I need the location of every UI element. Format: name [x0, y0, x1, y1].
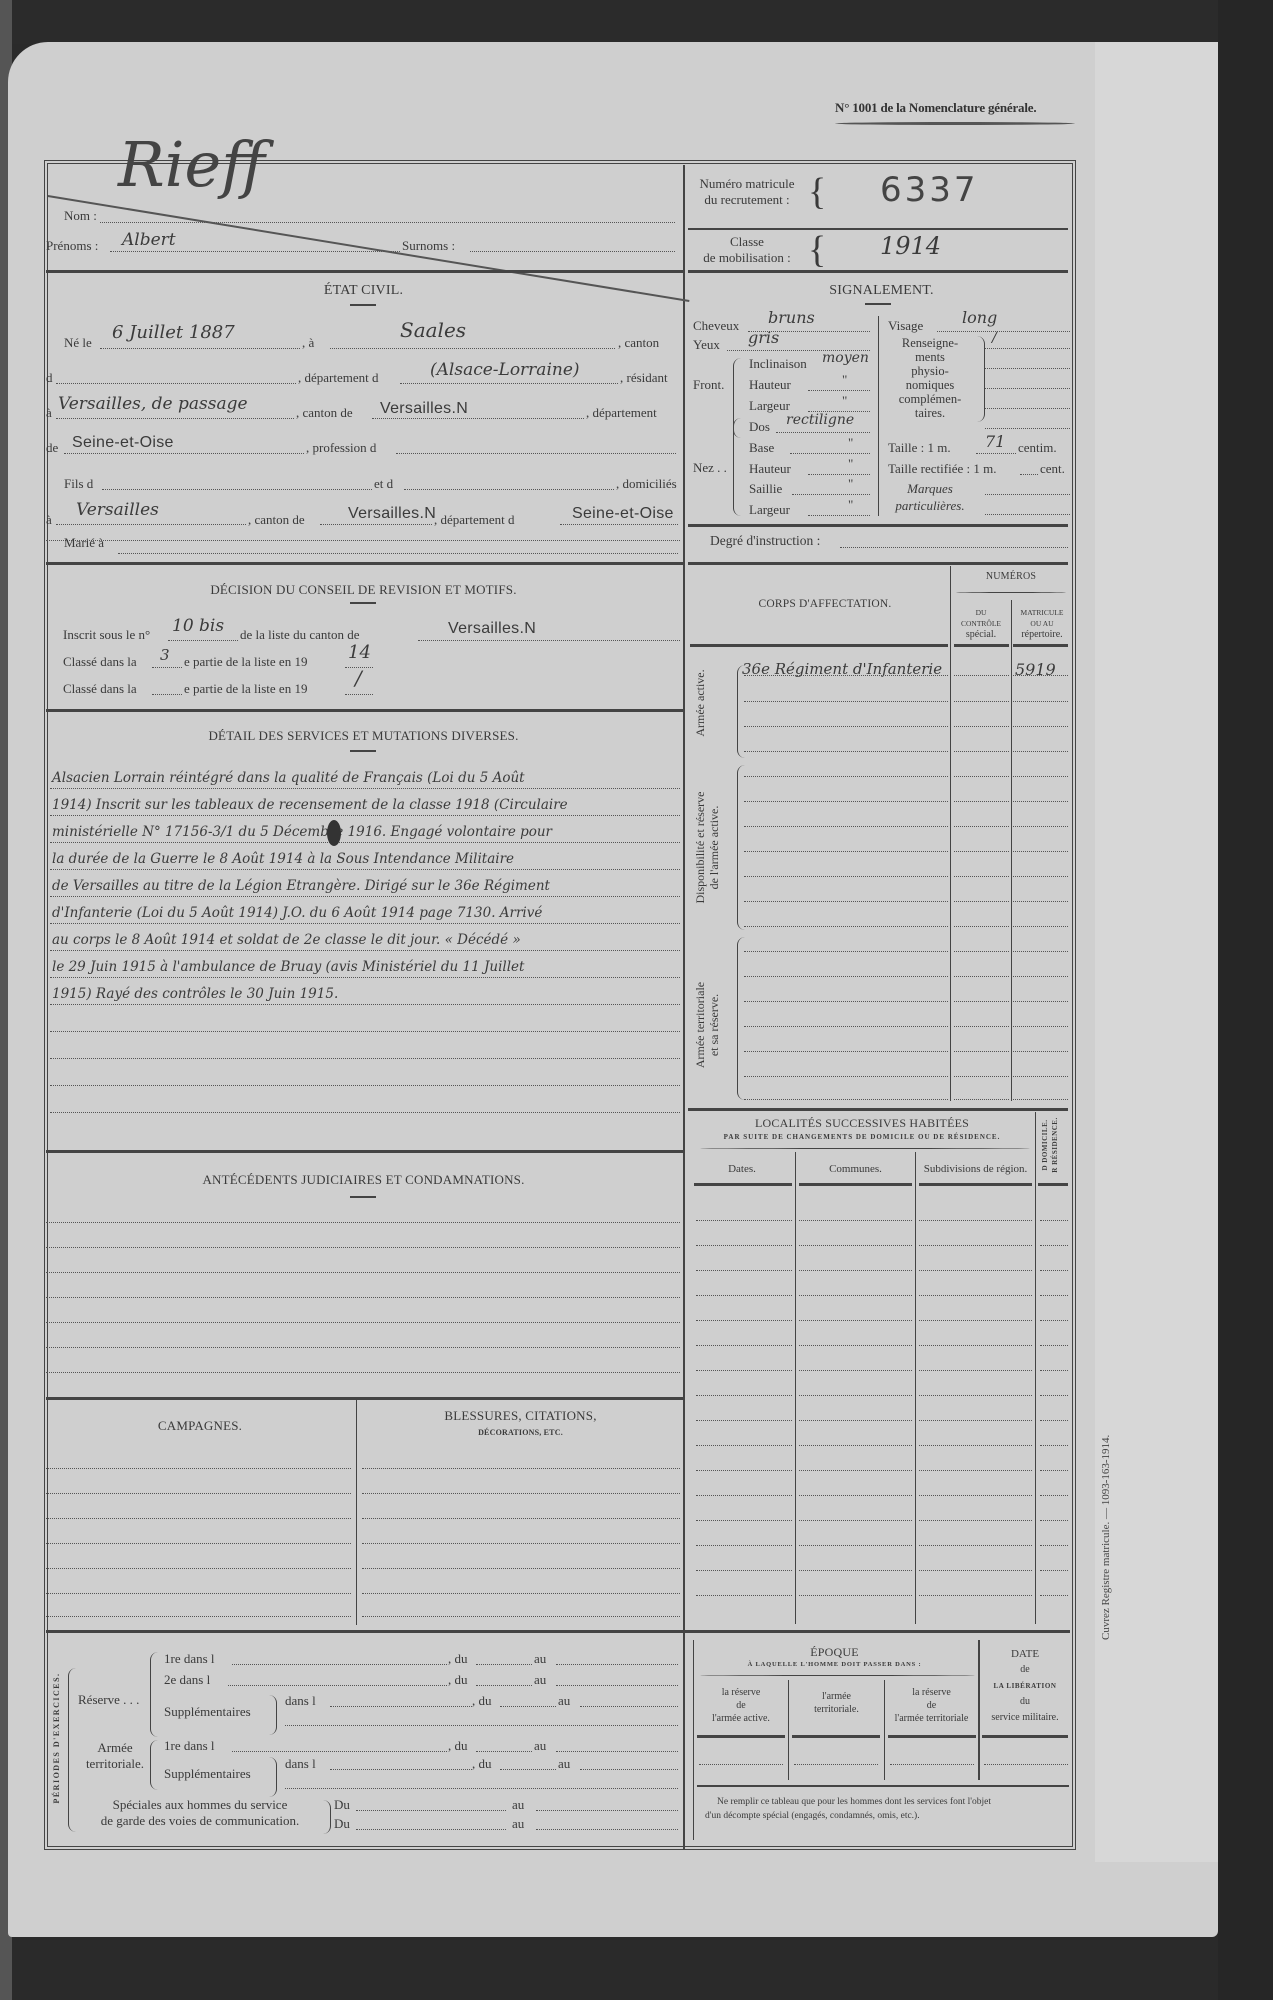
visage-label: Visage: [888, 318, 923, 334]
renseignements-line: ments: [884, 350, 976, 364]
renseignements-line-4[interactable]: [985, 408, 1070, 409]
marques-line-1[interactable]: [985, 494, 1070, 495]
front-hauteur-value: ": [842, 372, 847, 388]
reserve-2-du-line[interactable]: [476, 1685, 532, 1686]
decision-canton-line[interactable]: [418, 640, 680, 641]
label-line: Armée: [76, 1740, 154, 1756]
territoriale-supp-au-line[interactable]: [580, 1769, 678, 1770]
classe-label-line2: de mobilisation :: [692, 250, 802, 266]
dos-label: Dos: [749, 419, 770, 435]
armee-territoriale-label: Armée territoriale.: [76, 1740, 154, 1772]
header-line: service militaire.: [980, 1710, 1070, 1726]
group-label: de l'armée active.: [707, 765, 721, 930]
reserve-label: Réserve . . .: [78, 1692, 139, 1708]
classe1-label: Classé dans la: [63, 654, 137, 670]
speciales-1-du-line[interactable]: [356, 1810, 506, 1811]
date-naissance-value: 6 Juillet 1887: [112, 322, 235, 343]
etat-civil-title: ÉTAT CIVIL.: [44, 283, 683, 299]
au-label: au: [534, 1651, 546, 1667]
date-liberation-line[interactable]: [984, 1764, 1068, 1765]
services-line: [50, 1058, 680, 1059]
au-label: au: [512, 1816, 524, 1832]
canton-de-label: , canton de: [296, 405, 353, 421]
label-line: Spéciales aux hommes du service: [80, 1797, 320, 1813]
epoque-subtitle: À LAQUELLE L'HOMME DOIT PASSER DANS :: [693, 1661, 976, 1668]
taille-line[interactable]: [976, 453, 1016, 454]
dos-line[interactable]: [776, 432, 870, 433]
label-line: territoriale.: [76, 1756, 154, 1772]
nez-hauteur-line[interactable]: [808, 474, 870, 475]
inscrit-value: 10 bis: [172, 616, 224, 636]
marques-label: Marques particulières.: [884, 480, 976, 514]
epoque-col-reserve-active: la réserve de l'armée active.: [696, 1686, 786, 1725]
taille-unit: centim.: [1018, 440, 1057, 456]
territoriale-supp-du-line[interactable]: [500, 1769, 556, 1770]
decision-title: DÉCISION DU CONSEIL DE REVISION ET MOTIF…: [44, 582, 683, 598]
epoque-title: ÉPOQUE: [693, 1645, 976, 1660]
departement-naissance-value: (Alsace-Lorraine): [430, 360, 580, 380]
brace-icon: [150, 1740, 159, 1790]
dans-l-label: dans l: [285, 1756, 316, 1772]
matricule-value: 6337: [880, 170, 979, 210]
divider: [954, 644, 1009, 647]
prenoms-label: Prénoms :: [46, 238, 98, 254]
de-label: de: [46, 440, 58, 456]
header-line: la réserve: [696, 1686, 786, 1699]
header-line: spécial.: [952, 629, 1010, 640]
campagnes-title: CAMPAGNES.: [44, 1418, 356, 1434]
residence-value: Versailles, de passage: [58, 394, 248, 414]
section-divider: [46, 1397, 683, 1400]
section-divider: [688, 562, 1068, 565]
services-title: DÉTAIL DES SERVICES ET MUTATIONS DIVERSE…: [44, 728, 683, 744]
localites-subtitle: PAR SUITE DE CHANGEMENTS DE DOMICILE OU …: [692, 1133, 1032, 1141]
reserve-1-du-line[interactable]: [476, 1664, 532, 1665]
decision-canton-value: Versailles.N: [448, 620, 536, 638]
epoque-col-divider: [884, 1680, 885, 1780]
yeux-label: Yeux: [693, 337, 720, 353]
renseignements-line-1[interactable]: [985, 348, 1070, 349]
du-label: , du: [472, 1693, 492, 1709]
brace-icon: [268, 1695, 277, 1735]
canton-naissance-line[interactable]: [56, 383, 296, 384]
renseignements-line: Renseigne-: [884, 336, 976, 350]
ink-stain: [327, 820, 341, 846]
reserve-supp-extra-line[interactable]: [285, 1725, 678, 1726]
divider: [799, 1183, 912, 1186]
printer-reference: Registre matricule. — 1093-163-1914.: [1100, 1435, 1112, 1606]
header-line: CONTRÔLE: [952, 618, 1010, 629]
canton-parents-value: Versailles.N: [348, 505, 436, 523]
divider: [688, 228, 1068, 230]
deuxieme-label: 2e dans l: [164, 1672, 210, 1688]
group-label: et sa réserve.: [707, 965, 721, 1085]
header-line: MATRICULE: [1012, 607, 1072, 618]
header-line: DATE: [980, 1646, 1070, 1662]
epoque-reserve-territoriale-line[interactable]: [890, 1764, 974, 1765]
localites-title: LOCALITÉS SUCCESSIVES HABITÉES: [692, 1116, 1032, 1131]
matricule-label-line2: du recrutement :: [692, 192, 802, 208]
blessures-subtitle: DÉCORATIONS, ETC.: [358, 1428, 683, 1437]
matricule-label: Numéro matricule du recrutement :: [692, 176, 802, 208]
affectation-col-divider: [1011, 600, 1012, 1101]
fils-label: Fils d: [64, 476, 93, 492]
classe1-suffix: e partie de la liste en 19: [184, 654, 307, 670]
brace-icon: [733, 418, 742, 516]
header-line: du: [980, 1694, 1070, 1710]
title-dash: [350, 602, 376, 604]
column-header-dates: Dates.: [692, 1163, 792, 1175]
marques-line2: particulières.: [884, 497, 976, 514]
dos-value: rectiligne: [786, 412, 854, 428]
nom-handwritten: Rieff: [118, 128, 265, 201]
book-binding: [1218, 0, 1273, 2000]
affectation-col-divider: [950, 566, 951, 1101]
title-dash: [865, 303, 891, 305]
group-label: Armée active.: [693, 648, 707, 758]
campagnes-divider: [356, 1400, 357, 1625]
surnoms-label: Surnoms :: [402, 238, 455, 254]
inscrit-label: Inscrit sous le n°: [63, 627, 150, 643]
supplementaires-territoriale-label: Supplémentaires: [164, 1766, 251, 1782]
section-divider: [46, 562, 683, 565]
taille-rectifiee-line[interactable]: [1020, 474, 1038, 475]
territoriale-supp-extra-line[interactable]: [285, 1788, 678, 1789]
side-header-line: R RÉSIDENCE.: [1050, 1110, 1060, 1180]
divider: [694, 1183, 792, 1186]
domicile-residence-header: D DOMICILE. R RÉSIDENCE.: [1040, 1110, 1060, 1180]
speciales-2-au-line[interactable]: [536, 1829, 678, 1830]
nez-label: Nez . .: [693, 460, 727, 476]
note-line: Ne remplir ce tableau que pour les homme…: [705, 1795, 1070, 1809]
section-divider: [688, 270, 1068, 273]
canton-residence-line[interactable]: [372, 418, 584, 419]
group-label-territoriale: Armée territoriale et sa réserve.: [693, 965, 721, 1085]
canton-de2-label: , canton de: [248, 512, 305, 528]
reserve-2-lieu-line[interactable]: [228, 1685, 447, 1686]
localites-col-divider: [795, 1152, 796, 1624]
cheveux-label: Cheveux: [693, 318, 739, 334]
pere-line[interactable]: [102, 489, 372, 490]
matricule-label-line1: Numéro matricule: [692, 176, 802, 192]
du-label: , du: [448, 1738, 468, 1754]
header-line: de: [980, 1662, 1070, 1678]
surnoms-field-line[interactable]: [470, 251, 675, 252]
column-divider: [683, 165, 685, 1625]
a-label: , à: [302, 335, 314, 351]
date-naissance-line[interactable]: [100, 348, 300, 349]
classe2-annee-line[interactable]: [345, 694, 373, 695]
header-line: la réserve: [886, 1686, 977, 1699]
base-line[interactable]: [790, 453, 870, 454]
divider: [919, 1183, 1032, 1186]
du-label: , du: [472, 1756, 492, 1772]
marques-line-2[interactable]: [985, 514, 1070, 515]
classe2-suffix: e partie de la liste en 19: [184, 681, 307, 697]
domicilies-label: , domiciliés: [616, 476, 677, 492]
header-line: de: [696, 1699, 786, 1712]
services-text-line: 1914) Inscrit sur les tableaux de recens…: [52, 792, 680, 819]
reserve-1-lieu-line[interactable]: [232, 1664, 447, 1665]
epoque-col-reserve-territoriale: la réserve de l'armée territoriale: [886, 1686, 977, 1725]
reserve-supp-lieu-line[interactable]: [330, 1706, 472, 1707]
renseignements-line: physio-: [884, 364, 976, 378]
brace-icon: {: [808, 228, 826, 272]
premiere-territoriale-label: 1re dans l: [164, 1738, 215, 1754]
au-label: au: [534, 1672, 546, 1688]
note-line: d'un décompte spécial (engagés, condamné…: [705, 1809, 1070, 1823]
services-text-line: ministérielle N° 17156-3/1 du 5 Décembre…: [52, 819, 680, 846]
speciales-2-du-line[interactable]: [356, 1829, 506, 1830]
departement-parents-line[interactable]: [560, 524, 678, 525]
affectation-matricule-value: 5919: [1015, 660, 1056, 679]
services-text-line: la durée de la Guerre le 8 Août 1914 à l…: [52, 846, 680, 873]
a3-label: à: [46, 512, 52, 528]
front-label: Front.: [693, 377, 724, 393]
services-text-line: Alsacien Lorrain réintégré dans la quali…: [52, 765, 680, 792]
ne-le-label: Né le: [64, 335, 92, 351]
reserve-2-au-line[interactable]: [556, 1685, 678, 1686]
services-line: [50, 1085, 680, 1086]
residence-line[interactable]: [56, 418, 294, 419]
territoriale-1-au-line[interactable]: [556, 1751, 678, 1752]
epoque-border: [693, 1640, 694, 1840]
territoriale-1-du-line[interactable]: [476, 1751, 532, 1752]
brace-icon: [322, 1800, 331, 1834]
brace-icon: [150, 1652, 159, 1737]
localites-col-divider: [915, 1152, 916, 1624]
taille-value: 71: [985, 432, 1005, 451]
front-largeur-value: ": [842, 393, 847, 409]
front-hauteur-line[interactable]: [808, 390, 870, 391]
decorative-rule: [700, 1675, 975, 1676]
departement-residence-line[interactable]: [64, 453, 304, 454]
nom-label: Nom :: [64, 208, 97, 224]
cheveux-value: bruns: [768, 308, 815, 327]
header-line: répertoire.: [1012, 629, 1072, 640]
services-text-line: de Versailles au titre de la Légion Etra…: [52, 873, 680, 900]
classe-label: Classe de mobilisation :: [692, 234, 802, 266]
du-cap-label: Du: [334, 1816, 350, 1832]
departement-naissance-line[interactable]: [400, 383, 618, 384]
reserve-supp-au-line[interactable]: [580, 1706, 678, 1707]
taille-rectifiee-label: Taille rectifiée : 1 m.: [888, 461, 996, 477]
services-text-block: Alsacien Lorrain réintégré dans la quali…: [52, 765, 680, 1008]
header-line: territoriale.: [790, 1703, 883, 1716]
header-line: DU: [952, 607, 1010, 618]
nom-field-line[interactable]: [100, 222, 675, 223]
lieu-naissance-line[interactable]: [330, 348, 615, 349]
canton-label: , canton: [618, 335, 659, 351]
section-divider: [46, 270, 683, 273]
brace-icon: [268, 1757, 277, 1797]
departement3-label: , département d: [434, 512, 515, 528]
taille-rectifiee-unit: cent.: [1040, 461, 1065, 477]
printer-prefix: Cuvrez: [1100, 1608, 1112, 1640]
base-value: ": [848, 435, 853, 451]
divider: [888, 1735, 976, 1738]
header-line: l'armée active.: [696, 1712, 786, 1725]
side-header-line: D DOMICILE.: [1040, 1110, 1050, 1180]
inscrit-line[interactable]: [168, 640, 238, 641]
renseignements-line-3[interactable]: [985, 388, 1070, 389]
divider: [792, 1735, 880, 1738]
du-label: , du: [448, 1651, 468, 1667]
nez-largeur-line[interactable]: [808, 515, 870, 516]
header-line: LA LIBÉRATION: [980, 1678, 1070, 1694]
divider: [697, 1785, 1069, 1787]
group-label: Disponibilité et réserve: [693, 765, 707, 930]
title-dash: [350, 750, 376, 752]
epoque-note: Ne remplir ce tableau que pour les homme…: [705, 1795, 1070, 1823]
et-d-label: et d: [374, 476, 393, 492]
prenoms-field-line[interactable]: [110, 251, 400, 252]
renseignements-line-2[interactable]: [985, 368, 1070, 369]
decorative-rule: [835, 122, 1075, 125]
services-text-line: d'Infanterie (Loi du 5 Août 1914) J.O. d…: [52, 900, 680, 927]
supplementaires-label: Supplémentaires: [164, 1704, 251, 1720]
brace-icon: [737, 765, 746, 930]
marques-line1: Marques: [884, 480, 976, 497]
saillie-value: ": [848, 476, 853, 492]
inclinaison-label: Inclinaison: [749, 356, 807, 372]
header-line: OU AU: [1012, 618, 1072, 629]
au-label: au: [512, 1797, 524, 1813]
classe-value: 1914: [880, 232, 941, 260]
du-label: , du: [448, 1672, 468, 1688]
visage-value: long: [962, 308, 997, 327]
degre-instruction-line[interactable]: [840, 547, 1068, 548]
classe-label-line1: Classe: [692, 234, 802, 250]
nez-largeur-value: ": [848, 497, 853, 513]
inclinaison-value: moyen: [822, 350, 869, 366]
divider: [1013, 644, 1068, 647]
decorative-rule: [956, 592, 1066, 593]
header-line: l'armée: [790, 1690, 883, 1703]
numeros-title: NUMÉROS: [952, 571, 1070, 582]
marie-line[interactable]: [118, 553, 678, 554]
du-cap-label: Du: [334, 1797, 350, 1813]
signalement-divider: [878, 316, 879, 516]
visage-line[interactable]: [937, 331, 1070, 332]
renseignements-line: nomiques: [884, 378, 976, 392]
divider: [1038, 1183, 1068, 1186]
scan-background-top: [0, 0, 1273, 44]
divider: [690, 644, 948, 647]
divider: [697, 1735, 785, 1738]
prenoms-value: Albert: [122, 230, 176, 250]
classe1-partie: 3: [160, 646, 170, 664]
controle-special-header: DU CONTRÔLE spécial.: [952, 607, 1010, 640]
premiere-label: 1re dans l: [164, 1651, 215, 1667]
nez-hauteur-label: Hauteur: [749, 461, 791, 477]
departement-label: , département d: [298, 370, 379, 386]
nomenclature-note: N° 1001 de la Nomenclature générale.: [835, 100, 1036, 116]
saillie-line[interactable]: [792, 494, 870, 495]
a2-label: à: [46, 405, 52, 421]
blessures-title: BLESSURES, CITATIONS,: [358, 1408, 683, 1424]
degre-instruction-label: Degré d'instruction :: [710, 533, 820, 549]
services-line: [50, 1112, 680, 1113]
mere-line[interactable]: [404, 489, 614, 490]
speciales-1-au-line[interactable]: [536, 1810, 678, 1811]
dans-l-label: dans l: [285, 1693, 316, 1709]
marie-label: Marié à: [64, 535, 104, 551]
section-divider: [46, 1630, 1070, 1633]
territoriale-supp-lieu-line[interactable]: [330, 1769, 472, 1770]
matricule-repertoire-header: MATRICULE OU AU répertoire.: [1012, 607, 1072, 640]
renseignements-value: /: [992, 330, 997, 346]
residant-label: , résidant: [620, 370, 668, 386]
classe2-partie-line[interactable]: [152, 694, 182, 695]
brace-icon: {: [808, 170, 826, 214]
header-line: l'armée territoriale: [886, 1712, 977, 1725]
base-label: Base: [749, 440, 774, 456]
services-line: [50, 1031, 680, 1032]
epoque-col-territoriale: l'armée territoriale.: [790, 1690, 883, 1716]
profession-line[interactable]: [396, 453, 676, 454]
label-line: de garde des voies de communication.: [80, 1813, 320, 1829]
domicile-parents-line[interactable]: [56, 524, 246, 525]
classe2-annee: /: [355, 666, 362, 690]
d-label: d: [46, 370, 53, 386]
reserve-1-au-line[interactable]: [556, 1664, 678, 1665]
localites-col-divider: [1035, 1112, 1036, 1624]
liste-canton-label: de la liste du canton de: [240, 627, 360, 643]
column-divider-bottom: [683, 1625, 685, 1850]
renseignements-line-5[interactable]: [985, 428, 1070, 429]
signalement-title: SIGNALEMENT.: [683, 283, 1080, 299]
antecedents-title: ANTÉCÉDENTS JUDICIAIRES ET CONDAMNATIONS…: [44, 1172, 683, 1188]
front-hauteur-label: Hauteur: [749, 377, 791, 393]
territoriale-1-lieu-line[interactable]: [232, 1751, 447, 1752]
section-divider: [46, 1150, 683, 1153]
section-divider: [688, 524, 1068, 527]
spare-line: [46, 540, 680, 541]
corps-affectation-title: CORPS D'AFFECTATION.: [690, 598, 960, 610]
epoque-col-divider: [788, 1680, 789, 1780]
renseignements-line: taires.: [884, 406, 976, 420]
classe1-annee: 14: [348, 642, 371, 663]
classe1-partie-line[interactable]: [152, 667, 182, 668]
group-label-disponibilite: Disponibilité et réserve de l'armée acti…: [693, 765, 721, 930]
decorative-rule: [700, 1148, 1030, 1149]
au-label: au: [558, 1693, 570, 1709]
epoque-reserve-active-line[interactable]: [699, 1764, 783, 1765]
title-dash: [350, 1196, 376, 1198]
reserve-supp-du-line[interactable]: [500, 1706, 556, 1707]
title-dash: [350, 304, 376, 306]
epoque-territoriale-line[interactable]: [794, 1764, 878, 1765]
canton-parents-line[interactable]: [320, 524, 432, 525]
saillie-label: Saillie: [749, 481, 782, 497]
section-divider: [688, 1108, 1068, 1111]
services-text-line: au corps le 8 Août 1914 et soldat de 2e …: [52, 927, 680, 954]
nez-hauteur-value: ": [848, 456, 853, 472]
header-line: de: [886, 1699, 977, 1712]
services-text-line: 1915) Rayé des contrôles le 30 Juin 1915…: [52, 981, 680, 1008]
renseignements-label: Renseigne- ments physio- nomiques complé…: [884, 336, 976, 420]
nez-largeur-label: Largeur: [749, 502, 790, 518]
speciales-label: Spéciales aux hommes du service de garde…: [80, 1797, 320, 1829]
printer-margin-text: Cuvrez Registre matricule. — 1093-163-19…: [1100, 1435, 1112, 1640]
lieu-naissance-value: Saales: [400, 318, 466, 342]
departement2-label: , département: [586, 405, 657, 421]
column-header-subdivisions: Subdivisions de région.: [917, 1163, 1034, 1175]
canton-residence-value: Versailles.N: [380, 400, 468, 418]
section-divider: [46, 709, 683, 712]
periodes-side-title: PÉRIODES D'EXERCICES.: [52, 1648, 61, 1828]
